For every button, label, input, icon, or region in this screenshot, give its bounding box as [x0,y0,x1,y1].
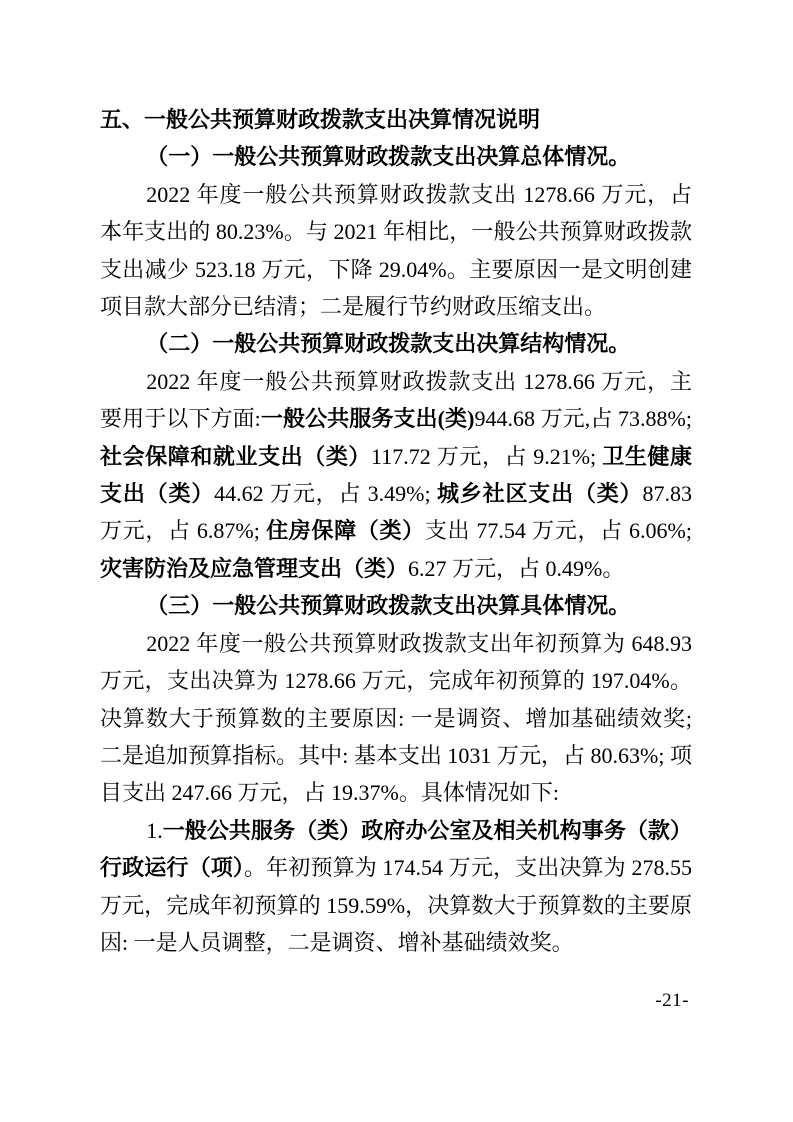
text-run: 一般公共服务支出(类) [261,406,475,431]
section-1-title: （一）一般公共预算财政拨款支出决算总体情况。 [100,138,692,175]
text-run: 1. [146,818,163,843]
section-2-paragraph: 2022 年度一般公共预算财政拨款支出 1278.66 万元，主要用于以下方面:… [100,363,692,587]
section-3-paragraph-2-item-1: 1.一般公共服务（类）政府办公室及相关机构事务（款）行政运行（项）。年初预算为 … [100,812,692,962]
text-run: 44.62 万元，占 3.49%; [214,481,437,506]
text-run: 城乡社区支出（类） [437,481,643,506]
text-run: 2022 年度一般公共预算财政拨款支出年初预算为 648.93 万元，支出决算为… [100,631,692,806]
section-2-title: （二）一般公共预算财政拨款支出决算结构情况。 [100,325,692,362]
text-run: 社会保障和就业支出（类） [100,444,371,469]
section-1-paragraph: 2022 年度一般公共预算财政拨款支出 1278.66 万元，占本年支出的 80… [100,176,692,326]
text-run: 住房保障（类） [266,518,425,543]
text-run: 灾害防治及应急管理支出（类） [100,556,408,581]
section-3-title: （三）一般公共预算财政拨款支出决算具体情况。 [100,587,692,624]
text-run: 支出 77.54 万元，占 6.06%; [425,518,692,543]
page-number: -21- [655,989,689,1013]
text-run: 2022 年度一般公共预算财政拨款支出 1278.66 万元，占本年支出的 80… [100,182,692,319]
text-run: 944.68 万元,占 73.88%; [474,406,692,431]
text-run: 6.27 万元，占 0.49%。 [408,556,624,581]
section-3-paragraph-1: 2022 年度一般公共预算财政拨款支出年初预算为 648.93 万元，支出决算为… [100,625,692,812]
text-run: 117.72 万元，占 9.21%; [371,444,602,469]
document-page: 五、一般公共预算财政拨款支出决算情况说明 （一）一般公共预算财政拨款支出决算总体… [100,101,692,961]
document-heading: 五、一般公共预算财政拨款支出决算情况说明 [100,101,692,138]
